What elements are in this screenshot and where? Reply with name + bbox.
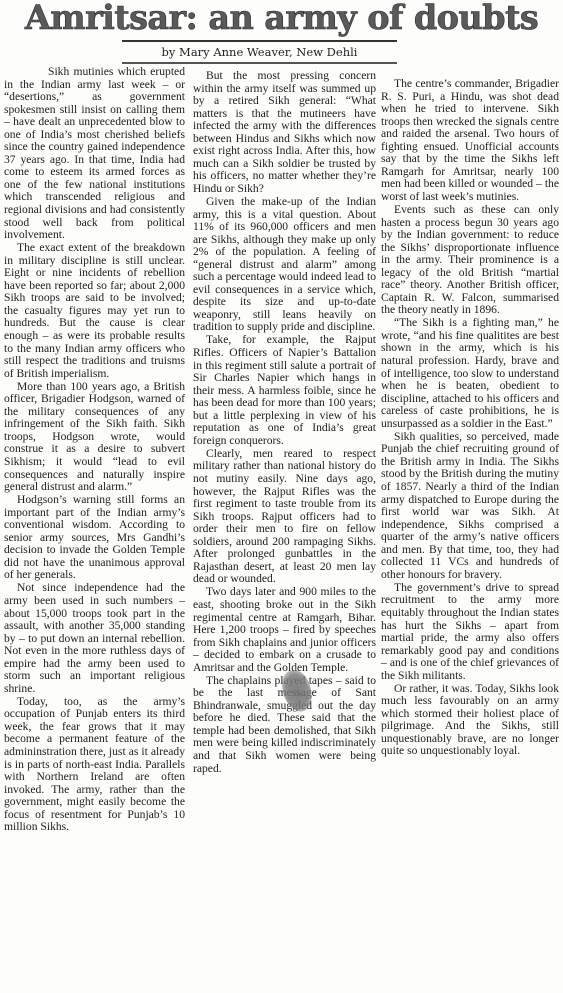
- paragraph: The government’s drive to spread recruit…: [381, 582, 559, 682]
- paragraph: Events such as these can only hasten a p…: [381, 204, 559, 317]
- byline-rule-top: [122, 40, 397, 42]
- paragraph: Not since independence had the army been…: [4, 582, 185, 695]
- paragraph: More than 100 years ago, a British offic…: [4, 381, 185, 494]
- byline: by Mary Anne Weaver, New Dehli: [122, 44, 397, 60]
- paragraph: Given the make-up of the Indian army, th…: [193, 196, 376, 334]
- headline: Amritsar: an army of doubts: [0, 0, 563, 36]
- paragraph: The centre’s commander, Brigadier R. S. …: [381, 78, 559, 203]
- article-column-3: The centre’s commander, Brigadier R. S. …: [381, 78, 559, 759]
- paragraph: “The Sikh is a fighting man,” he wrote, …: [381, 317, 559, 430]
- paragraph: Sikh qualities, so perceived, made Punja…: [381, 431, 559, 582]
- paragraph: Hodgson’s warning still forms an importa…: [4, 494, 185, 582]
- article-column-2: But the most pressing con­cern within th…: [193, 70, 376, 776]
- paragraph: Clearly, men reared to respect military …: [193, 448, 376, 586]
- paragraph: Sikh mutinies which erupted in the India…: [4, 66, 185, 242]
- paragraph: Today, too, as the army’s occupation of …: [4, 696, 185, 834]
- article-column-1: Sikh mutinies which erupted in the India…: [4, 66, 185, 834]
- paragraph: Take, for example, the Rajput Rifles. Of…: [193, 334, 376, 447]
- paragraph: Two days later and 900 miles to the east…: [193, 586, 376, 674]
- paragraph: The exact extent of the breakdown in mil…: [4, 242, 185, 380]
- byline-rule-bottom: [122, 62, 397, 64]
- paragraph: Or rather, it was. Today, Sikhs look muc…: [381, 683, 559, 758]
- paragraph: But the most pressing con­cern within th…: [193, 70, 376, 195]
